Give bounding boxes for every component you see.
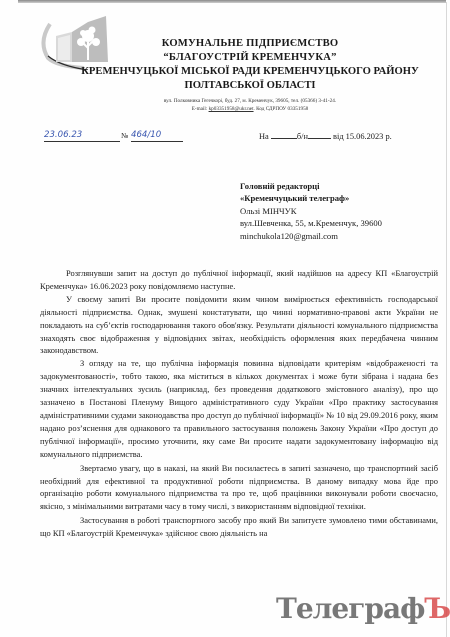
company-email-link[interactable]: kp03351958@ukr.net <box>209 106 254 112</box>
outgoing-number-handwritten: 464/10 <box>131 130 183 142</box>
letter-page: КОМУНАЛЬНЕ ПІДПРИЄМСТВО “БЛАГОУСТРІЙ КРЕ… <box>0 0 450 637</box>
letter-body: Розглянувши запит на доступ до публічної… <box>40 267 438 540</box>
ref-prefix: На <box>259 132 269 141</box>
paragraph-4: Звертаємо увагу, що в наказі, на який Ви… <box>40 462 438 514</box>
outgoing-date-handwritten: 23.06.23 <box>44 130 120 142</box>
paragraph-5: Застосування в роботі транспортного засо… <box>40 514 438 540</box>
scan-top-edge <box>18 0 446 3</box>
company-contacts: E-mail: kp03351958@ukr.net. Код СДРПОУ 0… <box>0 106 450 112</box>
recipient-title: Головній редакторці <box>240 180 382 192</box>
recipient-address: вул.Шевченка, 55, м.Кременчук, 39600 <box>240 217 382 229</box>
recipient-outlet: «Кременчуцький телеграф» <box>240 192 382 204</box>
email-label: E-mail: <box>192 106 209 112</box>
edrpou-code: . Код СДРПОУ 03351958 <box>254 106 309 112</box>
company-address: вул. Полковника Гегечкорі, буд. 27, м. К… <box>0 98 450 104</box>
company-region: ПОЛТАВСЬКОЇ ОБЛАСТІ <box>0 80 450 91</box>
recipient-email: minchukola120@gmail.com <box>240 230 382 242</box>
company-name: “БЛАГОУСТРІЙ КРЕМЕНЧУКА” <box>0 52 450 63</box>
telegraf-watermark-logo: ТелеграфЪ <box>276 594 450 624</box>
number-label: № <box>121 130 128 141</box>
watermark-accent: Ъ <box>424 592 450 625</box>
company-type: КОМУНАЛЬНЕ ПІДПРИЄМСТВО <box>0 38 450 49</box>
paragraph-1: Розглянувши запит на доступ до публічної… <box>40 267 438 293</box>
ref-blank-2 <box>308 130 331 139</box>
ref-date: від 15.06.2023 р. <box>333 132 392 141</box>
watermark-text: Телеграф <box>276 592 424 625</box>
paragraph-3: З огляду на те, що публічна інформація п… <box>40 357 438 460</box>
ref-blank <box>271 130 297 139</box>
ref-number: б/н <box>297 132 308 141</box>
reference-line: На б/н від 15.06.2023 р. <box>259 130 392 142</box>
company-council: КРЕМЕНЧУЦЬКОЇ МІСЬКОЇ РАДИ КРЕМЕНЧУЦЬКОГ… <box>0 66 450 77</box>
recipient-block: Головній редакторці «Кременчуцький телег… <box>240 180 382 242</box>
recipient-name: Ользі МІНЧУК <box>240 205 382 217</box>
paragraph-2: У своєму запиті Ви просите повідомити як… <box>40 293 438 358</box>
